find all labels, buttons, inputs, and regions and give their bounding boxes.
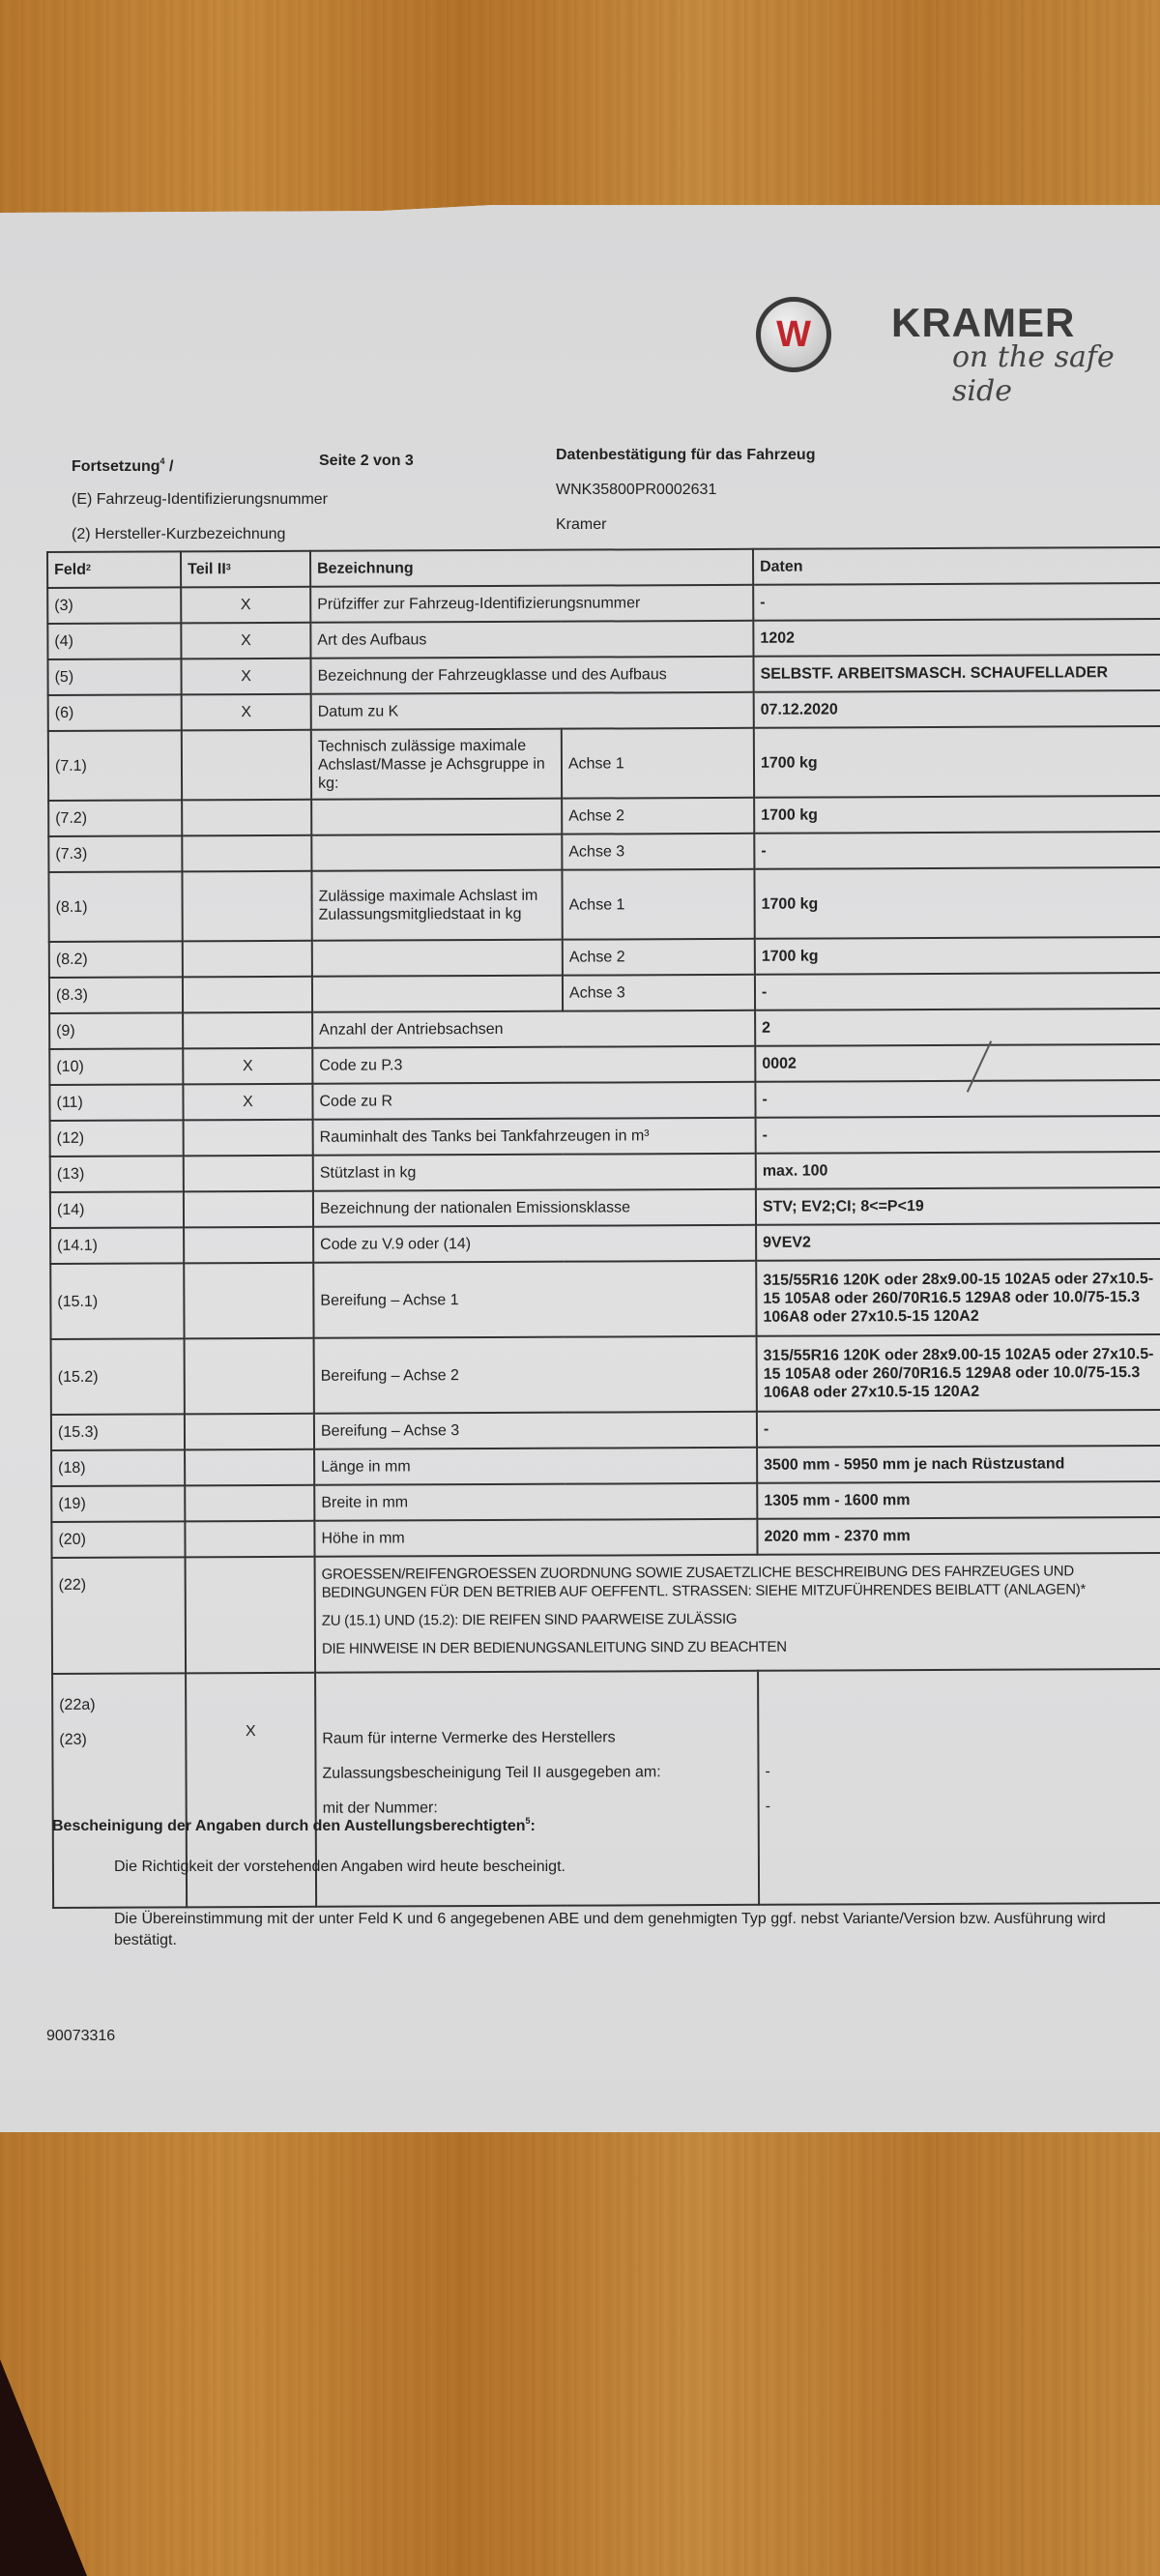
table-row: (3)XPrüfziffer zur Fahrzeug-Identifizier… xyxy=(47,583,1160,624)
table-row: (8.1)Zulässige maximale Achslast im Zula… xyxy=(48,867,1160,942)
cell-daten: 3500 mm - 5950 mm je nach Rüstzustand xyxy=(757,1446,1160,1483)
cell-bezeichnung: Rauminhalt des Tanks bei Tankfahrzeugen … xyxy=(313,1118,756,1156)
cell-feld: (6) xyxy=(48,694,182,731)
cell-bezeichnung: Prüfziffer zur Fahrzeug-Identifizierungs… xyxy=(310,585,753,623)
cell-daten: STV; EV2;CI; 8<=P<19 xyxy=(756,1187,1160,1225)
cell-bezeichnung: Länge in mm xyxy=(314,1448,757,1485)
table-header-row: Feld2 Teil II3 Bezeichnung Daten xyxy=(47,547,1160,588)
cell-achse: Achse 2 xyxy=(563,939,755,976)
remark-line: ZU (15.1) UND (15.2): DIE REIFEN SIND PA… xyxy=(322,1608,1160,1630)
cell-feld: (5) xyxy=(47,659,181,695)
cell-daten: - xyxy=(753,583,1160,621)
internal-notes-label: Raum für interne Vermerke des Hersteller… xyxy=(322,1720,751,1757)
table-row: (18)Länge in mm3500 mm - 5950 mm je nach… xyxy=(51,1446,1160,1486)
cell-teil-ii xyxy=(185,1414,314,1450)
table-row: (7.2)Achse 21700 kg xyxy=(48,796,1160,836)
col-daten: Daten xyxy=(753,547,1160,585)
cell-feld: (15.2) xyxy=(51,1338,185,1415)
cell-daten: SELBSTF. ARBEITSMASCH. SCHAUFELLADER xyxy=(753,655,1160,692)
cell-daten: 1202 xyxy=(753,619,1160,657)
certification-title: Bescheinigung der Angaben durch den Aust… xyxy=(52,1818,536,1835)
w-emblem-icon: W xyxy=(756,297,831,372)
cell-teil-ii xyxy=(184,1227,313,1264)
cell-feld: (15.1) xyxy=(50,1263,184,1339)
col-feld: Feld2 xyxy=(47,551,181,588)
cell-feld: (15.3) xyxy=(51,1414,185,1450)
cell-feld: (11) xyxy=(49,1084,183,1121)
brand-name: KRAMER xyxy=(891,300,1075,346)
cell-teil-ii: X xyxy=(181,623,310,659)
table-row: (5)XBezeichnung der Fahrzeugklasse und d… xyxy=(47,655,1160,695)
cell-bezeichnung: Breite in mm xyxy=(314,1483,757,1521)
table-row: (8.3)Achse 3- xyxy=(49,973,1160,1013)
cell-bezeichnung: Höhe in mm xyxy=(314,1519,757,1557)
page-indicator: Seite 2 von 3 xyxy=(319,453,414,470)
remark-line: DIE HINWEISE IN DER BEDIENUNGSANLEITUNG … xyxy=(322,1636,1160,1658)
cell-daten: 07.12.2020 xyxy=(754,690,1160,728)
cell-feld: (4) xyxy=(47,623,181,659)
cell-daten: max. 100 xyxy=(756,1152,1160,1189)
cell-feld: (12) xyxy=(50,1120,184,1156)
cell-feld: (9) xyxy=(49,1012,183,1049)
table-row: (15.2)Bereifung – Achse 2315/55R16 120K … xyxy=(51,1334,1160,1415)
cell-remarks: GROESSEN/REIFENGROESSEN ZUORDNUNG SOWIE … xyxy=(315,1553,1160,1673)
cell-feld: (22) xyxy=(52,1557,187,1674)
cell-achse: Achse 2 xyxy=(562,798,754,834)
brand-slogan: on the safe side xyxy=(952,340,1160,408)
cell-bezeichnung: Stützlast in kg xyxy=(313,1154,756,1191)
cell-daten: - xyxy=(755,973,1160,1010)
issued-value: - xyxy=(765,1753,1160,1790)
cell-teil-ii: X xyxy=(183,1084,312,1121)
cell-teil-ii xyxy=(185,1449,314,1486)
cell-feld: (3) xyxy=(47,587,181,624)
cell-feld: (7.1) xyxy=(48,730,182,801)
cell-daten: 1305 mm - 1600 mm xyxy=(757,1481,1160,1519)
cell-daten: 1700 kg xyxy=(754,796,1160,834)
cell-bezeichnung: Zulässige maximale Achslast im Zulassung… xyxy=(311,870,562,941)
cell-feld: (8.2) xyxy=(49,941,183,978)
cell-teil-ii xyxy=(182,800,311,836)
col-teil-ii: Teil II3 xyxy=(181,551,310,588)
cell-bezeichnung: Bereifung – Achse 1 xyxy=(313,1261,756,1338)
table-row: (20)Höhe in mm2020 mm - 2370 mm xyxy=(51,1517,1160,1558)
cell-bezeichnung: Code zu R xyxy=(312,1082,755,1120)
cell-daten: - xyxy=(754,832,1160,869)
table-row: (7.1)Technisch zulässige maximale Achsla… xyxy=(48,726,1160,801)
cell-teil-ii: X xyxy=(181,659,310,695)
cell-daten: 315/55R16 120K oder 28x9.00-15 102A5 ode… xyxy=(757,1334,1160,1412)
cell-feld: (7.3) xyxy=(48,835,182,872)
manufacturer-label: (2) Hersteller-Kurzbezeichnung xyxy=(72,526,285,543)
cell-teil-ii xyxy=(183,1012,312,1049)
cell-feld: (14.1) xyxy=(50,1227,184,1264)
cell-daten: 1700 kg xyxy=(754,867,1160,939)
document-page: W KRAMER on the safe side Fortsetzung4 /… xyxy=(0,205,1160,2132)
cell-feld: (8.1) xyxy=(48,871,182,942)
table-row: (9)Anzahl der Antriebsachsen2 xyxy=(49,1009,1160,1049)
certification-line-2: Die Übereinstimmung mit der unter Feld K… xyxy=(114,1909,1160,1951)
table-row: (8.2)Achse 21700 kg xyxy=(49,937,1160,978)
cell-daten: 0002 xyxy=(755,1044,1160,1082)
cell-bezeichnung xyxy=(311,799,562,835)
cell-bezeichnung: Datum zu K xyxy=(311,692,754,730)
vehicle-data-table: Feld2 Teil II3 Bezeichnung Daten (3)XPrü… xyxy=(46,546,1160,1909)
number-value: - xyxy=(766,1788,1160,1825)
cell-teil-ii xyxy=(185,1338,314,1415)
cell-teil-ii xyxy=(184,1156,313,1192)
issued-label: Zulassungsbescheinigung Teil II ausgegeb… xyxy=(322,1755,751,1792)
cell-bezeichnung: Code zu P.3 xyxy=(312,1046,755,1084)
cell-feld: (19) xyxy=(51,1485,185,1522)
feld-22a: (22a) xyxy=(59,1687,179,1723)
cell-internal-values: -- xyxy=(758,1669,1160,1905)
feld-23: (23) xyxy=(59,1722,179,1758)
cell-teil-ii xyxy=(184,1191,313,1228)
cell-feld: (10) xyxy=(49,1048,183,1085)
cell-bezeichnung: Anzahl der Antriebsachsen xyxy=(312,1010,755,1048)
cell-achse: Achse 1 xyxy=(562,728,754,799)
cell-achse: Achse 3 xyxy=(563,975,755,1011)
table-row: (14.1)Code zu V.9 oder (14)9VEV2 xyxy=(50,1223,1160,1264)
cell-bezeichnung: Bereifung – Achse 3 xyxy=(314,1412,757,1449)
remarks-row: (22)GROESSEN/REIFENGROESSEN ZUORDNUNG SO… xyxy=(52,1553,1160,1674)
cell-teil-ii xyxy=(184,1120,313,1156)
cell-daten: - xyxy=(757,1410,1160,1448)
cell-bezeichnung xyxy=(311,834,562,871)
table-row: (15.1)Bereifung – Achse 1315/55R16 120K … xyxy=(50,1259,1160,1339)
cell-teil-ii: X xyxy=(182,694,311,731)
cell-teil-ii xyxy=(182,835,311,872)
manufacturer-value: Kramer xyxy=(556,516,606,534)
cell-achse: Achse 1 xyxy=(562,869,754,940)
background-shadow xyxy=(0,2359,87,2576)
table-row: (7.3)Achse 3- xyxy=(48,832,1160,872)
table-row: (14)Bezeichnung der nationalen Emissions… xyxy=(50,1187,1160,1228)
remark-line: GROESSEN/REIFENGROESSEN ZUORDNUNG SOWIE … xyxy=(322,1562,1160,1602)
cell-daten: 2020 mm - 2370 mm xyxy=(757,1517,1160,1555)
document-title: Datenbestätigung für das Fahrzeug xyxy=(556,447,815,464)
table-row: (10)XCode zu P.30002 xyxy=(49,1044,1160,1085)
table-row: (11)XCode zu R- xyxy=(49,1080,1160,1121)
cell-achse: Achse 3 xyxy=(562,834,754,870)
cell-daten: 9VEV2 xyxy=(756,1223,1160,1261)
cell-teil-ii xyxy=(183,977,312,1013)
cell-daten: 2 xyxy=(755,1009,1160,1046)
cell-bezeichnung: Technisch zulässige maximale Achslast/Ma… xyxy=(311,729,562,800)
table-row: (6)XDatum zu K07.12.2020 xyxy=(48,690,1160,731)
cell-daten: 1700 kg xyxy=(754,726,1160,798)
cell-teil-ii xyxy=(185,1521,314,1558)
cell-bezeichnung: Bereifung – Achse 2 xyxy=(314,1336,757,1414)
table-row: (19)Breite in mm1305 mm - 1600 mm xyxy=(51,1481,1160,1522)
cell-teil-ii xyxy=(184,1263,313,1339)
cell-teil-ii xyxy=(182,871,311,942)
cell-bezeichnung xyxy=(312,940,563,977)
cell-daten: 315/55R16 120K oder 28x9.00-15 102A5 ode… xyxy=(756,1259,1160,1336)
kramer-logo: W xyxy=(756,297,831,372)
cell-daten: - xyxy=(756,1116,1160,1154)
cell-feld: (13) xyxy=(50,1156,184,1192)
cell-feld: (18) xyxy=(51,1449,185,1486)
cell-daten: - xyxy=(755,1080,1160,1118)
cell-teil-ii xyxy=(185,1485,314,1522)
cell-bezeichnung: Bezeichnung der Fahrzeugklasse und des A… xyxy=(310,657,753,694)
cell-teil-ii xyxy=(182,730,311,801)
cell-daten: 1700 kg xyxy=(755,937,1160,975)
cell-bezeichnung: Art des Aufbaus xyxy=(310,621,753,659)
cell-bezeichnung xyxy=(312,976,563,1012)
table-row: (13)Stützlast in kgmax. 100 xyxy=(50,1152,1160,1192)
certification-line-1: Die Richtigkeit der vorstehenden Angaben… xyxy=(114,1859,565,1876)
continuation-label: Fortsetzung4 / xyxy=(72,458,173,476)
cell-feld: (8.3) xyxy=(49,977,183,1013)
vin-label: (E) Fahrzeug-Identifizierungsnummer xyxy=(72,491,328,509)
cell-feld: (14) xyxy=(50,1191,184,1228)
cell-teil-ii xyxy=(183,941,312,978)
cell-feld: (7.2) xyxy=(48,800,182,836)
cell-bezeichnung: Code zu V.9 oder (14) xyxy=(313,1225,756,1263)
cell-teil-ii: X xyxy=(183,1048,312,1085)
cell-teil-ii: X xyxy=(181,587,310,624)
cell-feld: (20) xyxy=(51,1521,185,1558)
cell-bezeichnung: Bezeichnung der nationalen Emissionsklas… xyxy=(313,1189,756,1227)
col-bezeichnung: Bezeichnung xyxy=(310,549,753,587)
cell-teil-ii xyxy=(186,1557,316,1674)
table-row: (12)Rauminhalt des Tanks bei Tankfahrzeu… xyxy=(50,1116,1160,1156)
vin-value: WNK35800PR0002631 xyxy=(556,482,716,499)
document-number: 90073316 xyxy=(46,2028,115,2045)
table-row: (15.3)Bereifung – Achse 3- xyxy=(51,1410,1160,1450)
table-row: (4)XArt des Aufbaus1202 xyxy=(47,619,1160,659)
